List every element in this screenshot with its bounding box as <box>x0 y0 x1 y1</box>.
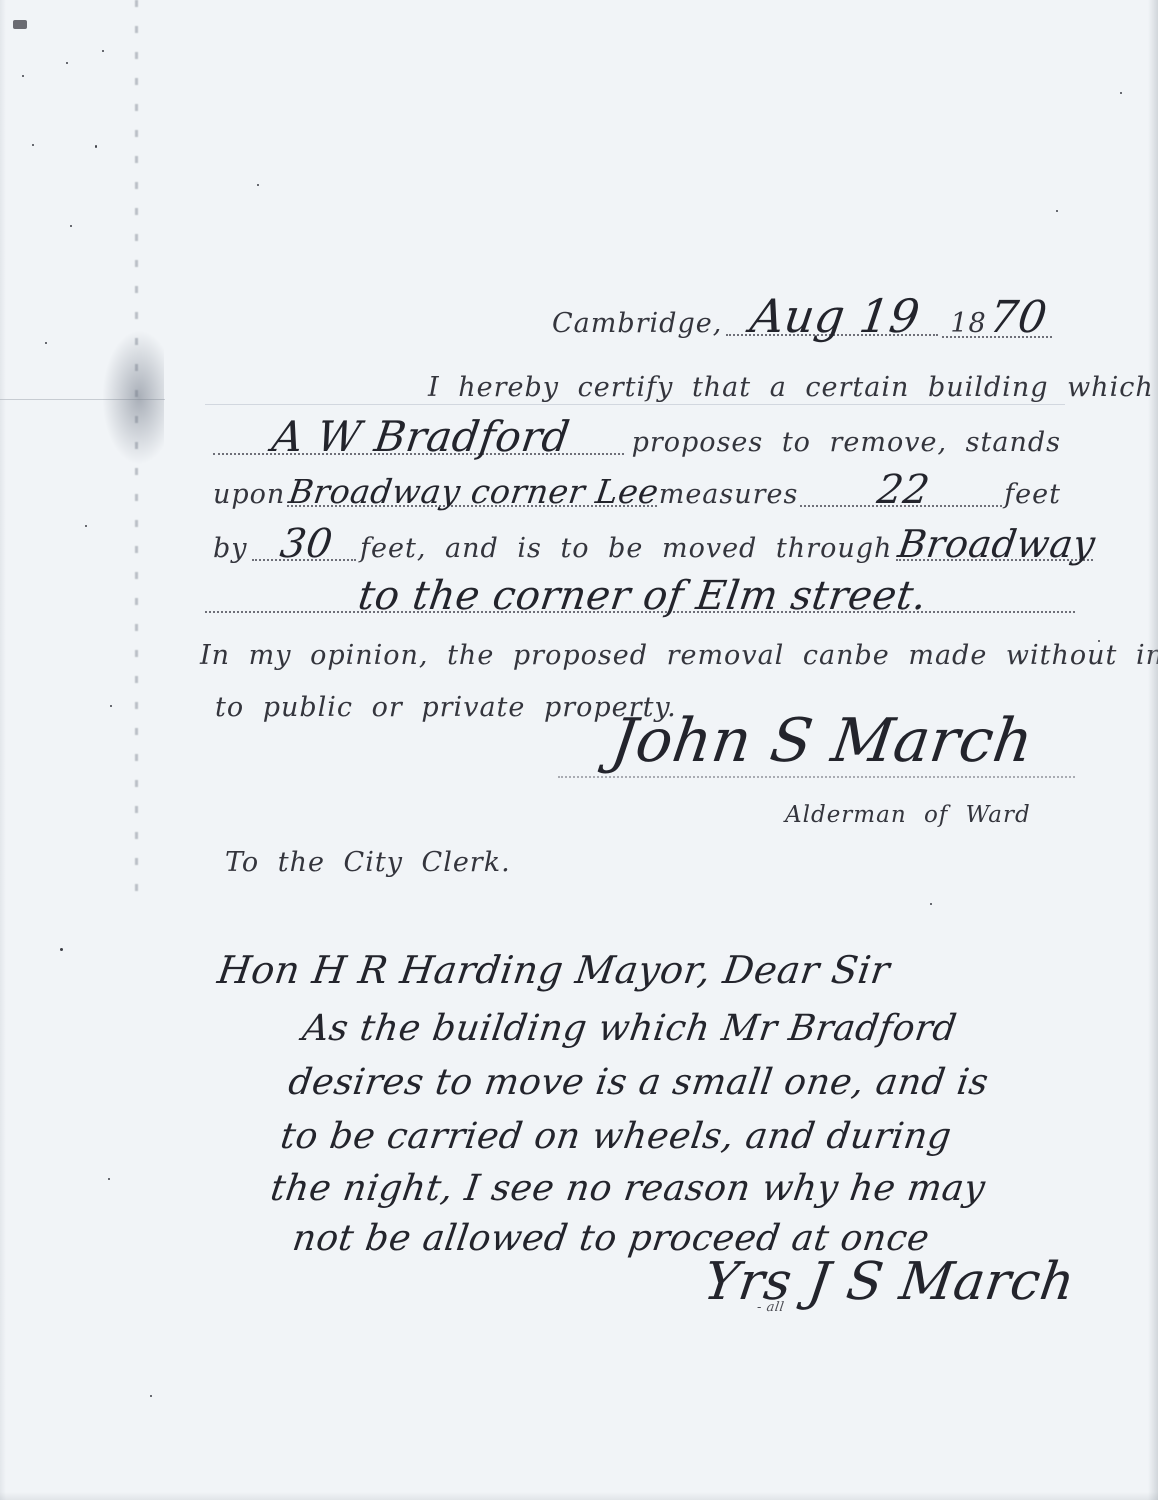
year-prefix: 18 <box>950 308 986 339</box>
applicant-handwritten: A W Bradford <box>270 418 572 456</box>
ink-speck <box>22 75 24 77</box>
note-line-4: to be carried on wheels, and during <box>278 1116 954 1157</box>
ink-speck <box>1120 92 1122 94</box>
certify-text: I hereby certify that a certain building… <box>428 372 1154 403</box>
certify-line: I hereby certify that a certain building… <box>428 372 1154 403</box>
date-line: Cambridge, Aug 19 1870 <box>552 296 1052 339</box>
ink-speck <box>66 62 68 64</box>
year-handwritten: 70 <box>987 298 1050 338</box>
width-blank: 22 <box>800 472 1002 507</box>
date-handwritten: Aug 19 <box>748 296 922 337</box>
destination-blank: to the corner of Elm street. <box>205 578 1075 613</box>
moved-line: by 30 feet, and is to be moved through B… <box>213 526 1093 564</box>
note-line-3: desires to move is a small one, and is <box>286 1062 991 1103</box>
ink-speck <box>102 50 104 52</box>
width-handwritten: 22 <box>875 472 932 508</box>
signer-title: Alderman of Ward <box>785 802 1031 828</box>
addressee-text: To the City Clerk. <box>225 847 511 878</box>
location-line: upon Broadway corner Lee measures 22 fee… <box>213 472 1061 510</box>
ink-speck <box>257 184 259 186</box>
location-handwritten: Broadway corner Lee <box>287 477 661 507</box>
signature-handwritten: John S March <box>607 706 1038 776</box>
note-line-2: As the building which Mr Bradford <box>300 1008 959 1049</box>
ink-speck <box>13 20 27 29</box>
street-blank: Broadway <box>896 527 1093 561</box>
ink-speck <box>930 903 932 905</box>
ink-speck <box>108 1178 110 1180</box>
place-label: Cambridge, <box>552 308 722 339</box>
upon-label: upon <box>213 479 285 510</box>
depth-handwritten: 30 <box>278 526 335 562</box>
note-line-5: the night, I see no reason why he may <box>268 1168 988 1209</box>
applicant-blank: A W Bradford <box>213 418 624 455</box>
destination-handwritten: to the corner of Elm street. <box>356 578 929 614</box>
feet-label: feet <box>1004 479 1061 510</box>
opinion-text-1a: In my opinion, the proposed removal can <box>200 640 855 671</box>
opinion-text-1b: be made without injury <box>855 640 1158 671</box>
proposes-text: proposes to remove, stands <box>632 427 1061 458</box>
ink-speck <box>60 948 63 951</box>
faint-rule <box>205 404 1065 405</box>
depth-blank: 30 <box>252 526 357 561</box>
by-label: by <box>213 533 248 564</box>
ink-speck <box>1056 210 1058 212</box>
date-blank: Aug 19 <box>726 296 938 336</box>
ink-speck <box>150 1395 152 1397</box>
signature-rule <box>558 776 1075 778</box>
horizontal-crease <box>0 399 165 400</box>
opinion-line-1: In my opinion, the proposed removal can … <box>200 640 1060 671</box>
addressee-line: To the City Clerk. <box>225 847 511 878</box>
note-line-1: Hon H R Harding Mayor, Dear Sir <box>215 948 893 992</box>
ink-speck <box>32 144 34 146</box>
applicant-line: A W Bradford proposes to remove, stands <box>213 418 1061 458</box>
moved-text: feet, and is to be moved through <box>360 533 892 564</box>
signature-area: John S March <box>560 706 1075 776</box>
ink-speck <box>85 525 87 527</box>
stray-ink-mark: - all <box>756 1300 785 1315</box>
ink-speck <box>110 705 112 707</box>
ink-speck <box>70 225 72 227</box>
ink-speck <box>45 342 47 344</box>
signer-title-line: Alderman of Ward <box>785 802 1031 828</box>
scanned-document-page: Cambridge, Aug 19 1870 I hereby certify … <box>0 0 1158 1500</box>
ink-speck <box>95 145 97 148</box>
year-blank: 1870 <box>942 298 1052 338</box>
destination-line: to the corner of Elm street. <box>205 578 1075 613</box>
street-handwritten: Broadway <box>896 527 1097 561</box>
fold-smudge <box>102 330 164 465</box>
measures-label: measures <box>659 479 799 510</box>
location-blank: Broadway corner Lee <box>287 477 656 507</box>
